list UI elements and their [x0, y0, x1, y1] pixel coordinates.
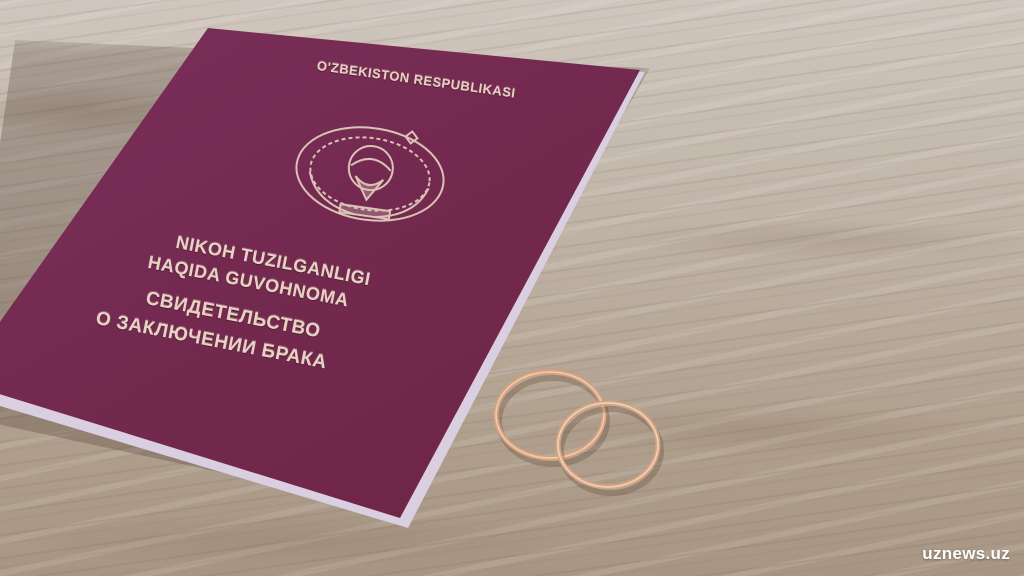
photo-scene: O'ZBEKISTON RESPUBLIKASI NIKOH TUZILGANL…	[0, 0, 1024, 576]
wedding-rings	[490, 365, 670, 505]
state-emblem-icon	[290, 120, 450, 228]
watermark: uznews.uz	[922, 544, 1010, 564]
